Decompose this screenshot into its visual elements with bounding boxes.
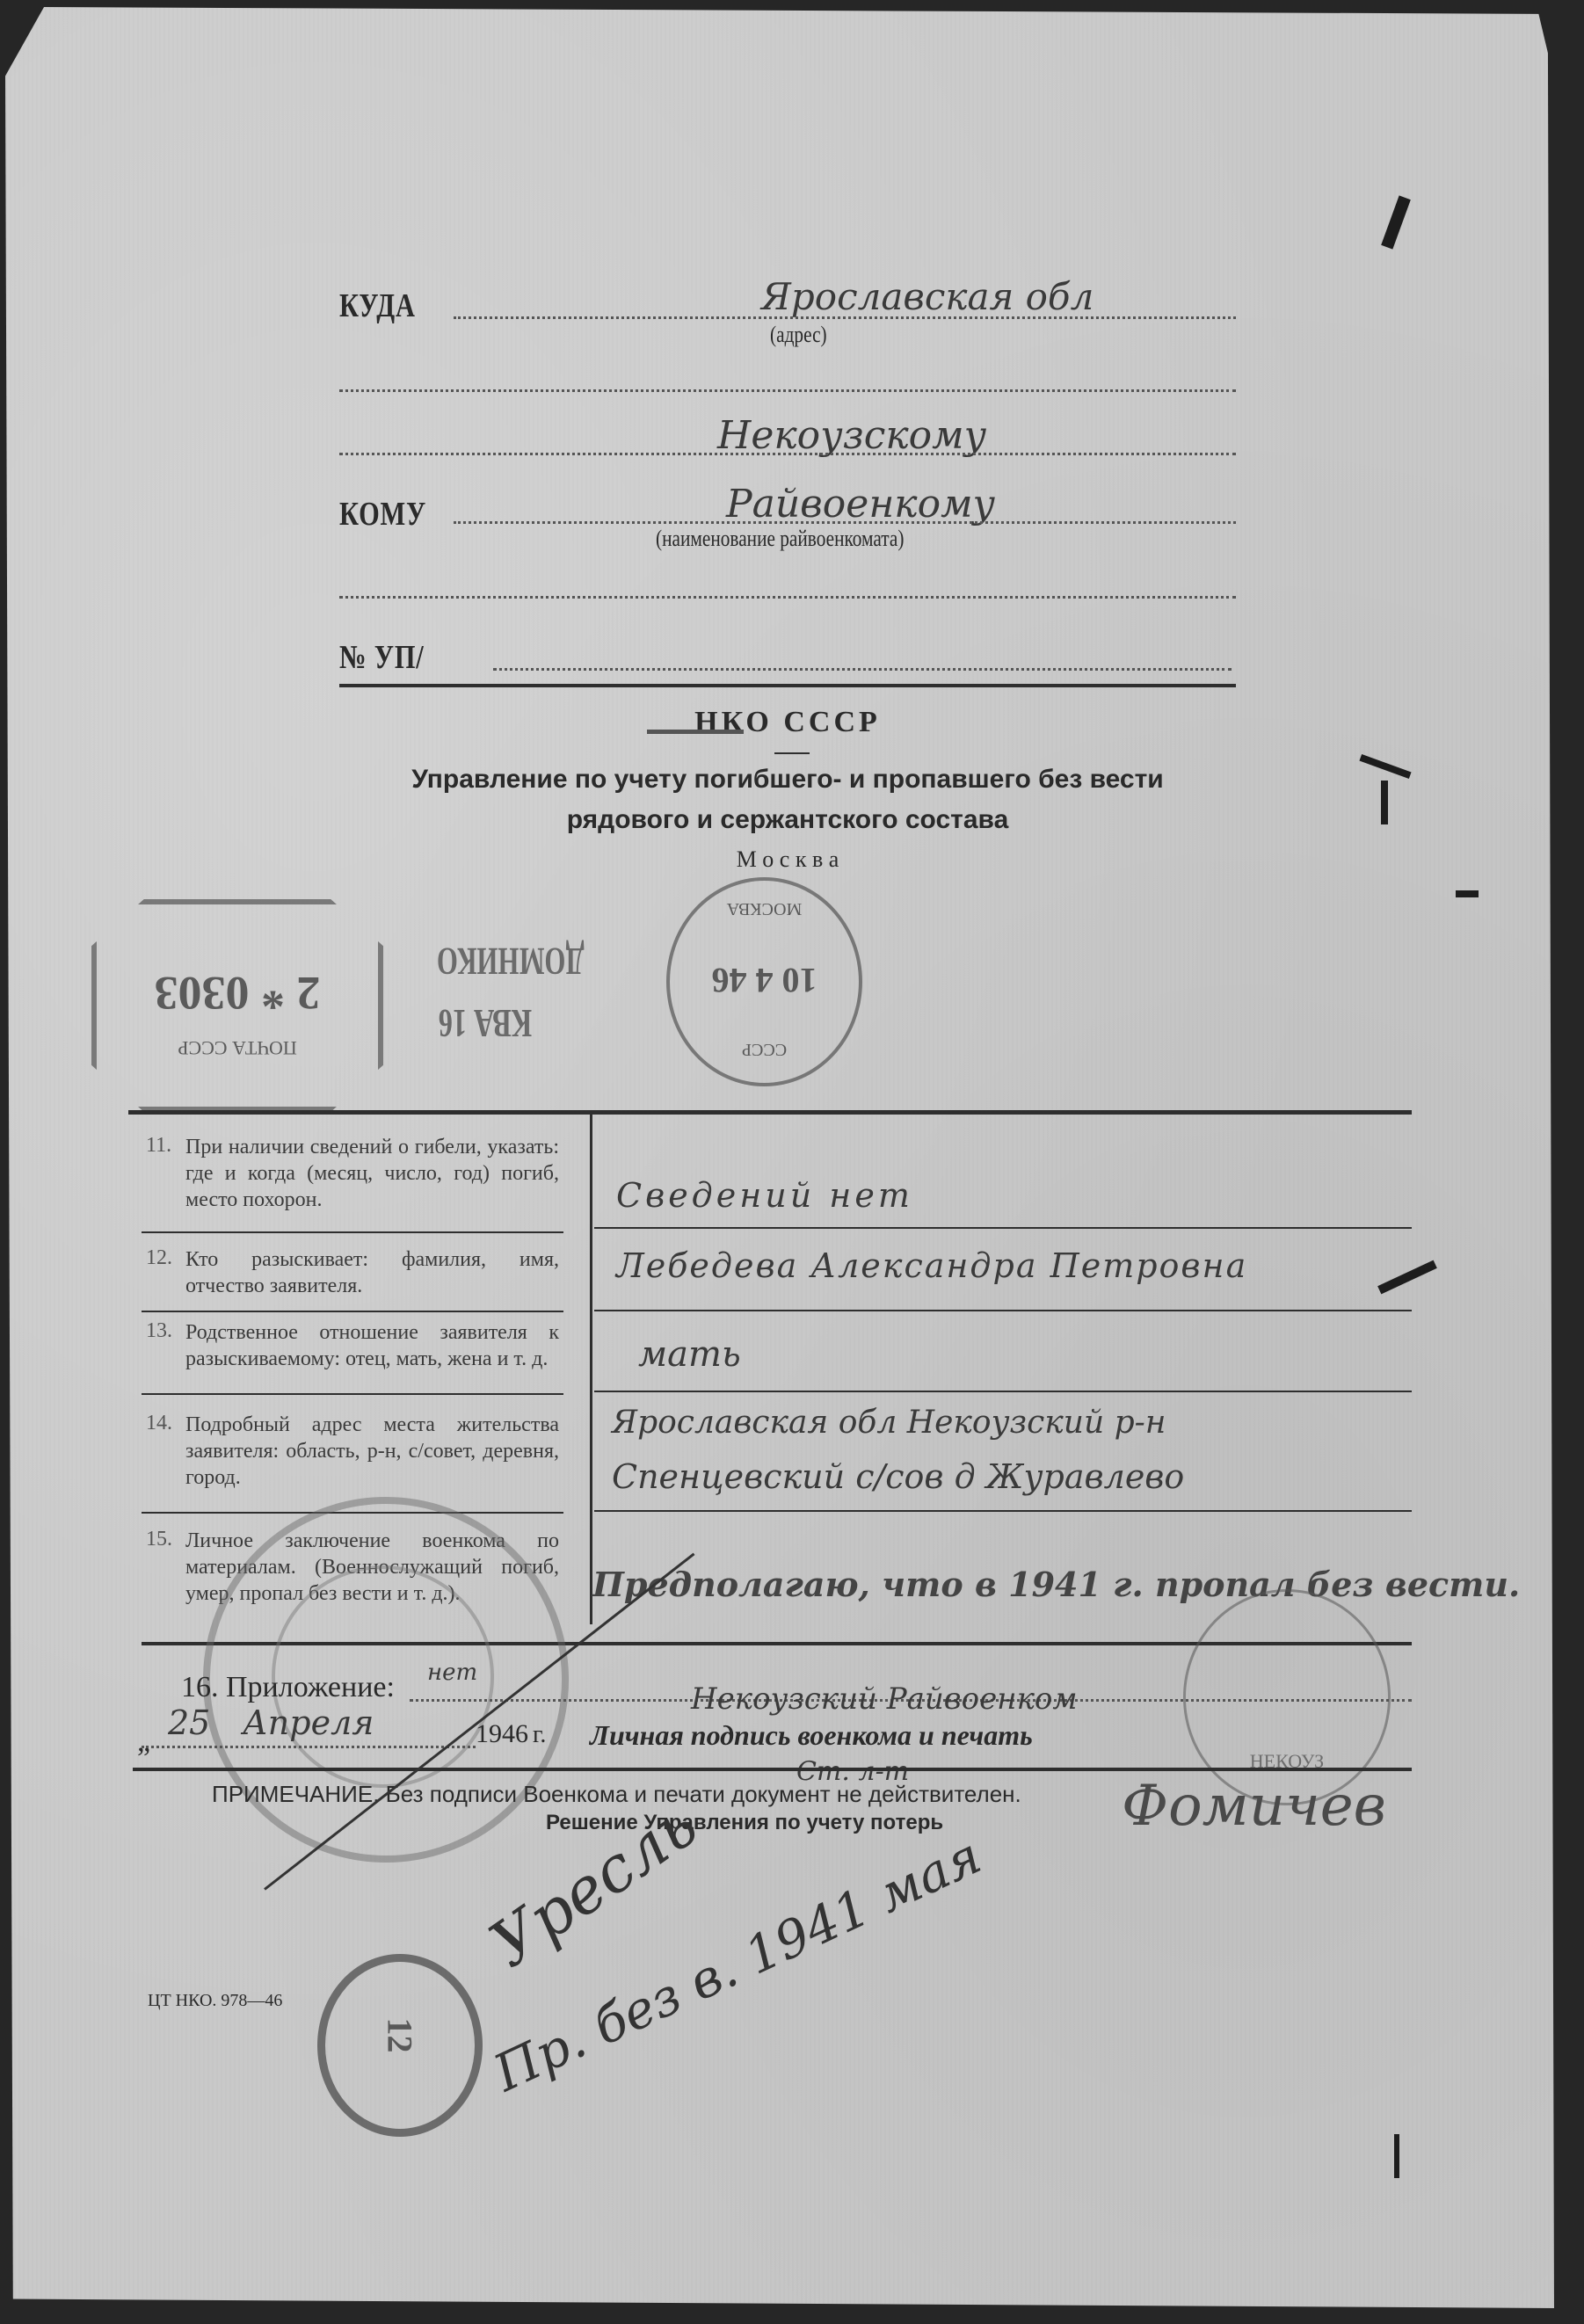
komu-line-1 — [339, 453, 1236, 455]
komu-line-3 — [339, 596, 1236, 599]
form-row-11-value: Сведений нет — [616, 1176, 913, 1215]
form-row-11-label: 11. При наличии сведений о гибели, указа… — [146, 1134, 559, 1213]
octagon-bottom-text: ПОЧТА СССР — [97, 1036, 378, 1059]
paper-tear — [1394, 2134, 1399, 2178]
komu-caption: (наименование райвоенкомата) — [656, 526, 904, 552]
up-number-label: № УП/ — [339, 638, 425, 677]
small-seal-number: 12 — [380, 1961, 421, 2110]
title-city: М о с к в а — [339, 846, 1236, 873]
validity-note: ПРИМЕЧАНИЕ. Без подписи Военкома и печат… — [212, 1781, 1021, 1808]
strike-line — [647, 730, 744, 734]
kuda-value: Ярославская обл — [761, 275, 1094, 318]
paper-tear — [1381, 781, 1388, 824]
stamp-text-1: ДОМНИКО — [437, 939, 585, 984]
paper-tear — [1359, 754, 1411, 779]
header-divider — [339, 684, 1236, 687]
form-row-14-value-line2: Спенцевский с/сов д Журавлево — [612, 1457, 1184, 1496]
date-year: 1946 — [476, 1719, 528, 1749]
postmark-date: 10 4 46 — [670, 960, 859, 1001]
paper-tear — [1456, 890, 1479, 897]
org-title: НКО СССР — [339, 706, 1236, 739]
title-line-2: рядового и сержантского состава — [339, 805, 1236, 835]
postmark-top: МОСКВА — [670, 898, 859, 919]
row-divider-11-left — [142, 1231, 563, 1233]
address-line-2 — [339, 389, 1236, 392]
postmark-bottom: СССР — [670, 1039, 859, 1059]
komu-line-2 — [454, 521, 1236, 524]
paper-tear — [1377, 1260, 1437, 1295]
form-row-15-value: Предполагаю, что в 1941 г. пропал без ве… — [592, 1565, 1520, 1604]
komu-value-line1: Некоузскому — [717, 413, 986, 458]
moscow-postmark: 10 4 46 СССР МОСКВА — [666, 877, 862, 1086]
row-divider-13-right — [594, 1391, 1412, 1392]
row-divider-14-right — [594, 1510, 1412, 1512]
row-divider-13-left — [142, 1393, 563, 1395]
date-month: Апреля — [243, 1703, 374, 1742]
form-code: ЦТ НКО. 978—46 — [148, 1991, 282, 2011]
up-number-line — [493, 668, 1232, 671]
form-row-14-value-line1: Ярославская обл Некоузский р-н — [612, 1405, 1166, 1441]
kuda-label: КУДА — [339, 287, 416, 325]
komu-value: Райвоенкому — [726, 482, 995, 527]
row-divider-12-right — [594, 1310, 1412, 1311]
form-row-13-value: мать — [638, 1334, 741, 1375]
small-round-seal: 12 — [317, 1954, 483, 2137]
paper-tear — [1381, 195, 1411, 249]
octagon-number: 2 * 0303 — [97, 966, 378, 1020]
form-row-14-label: 14. Подробный адрес места жительства зая… — [146, 1412, 559, 1491]
table-top-border — [128, 1110, 1412, 1115]
signer-organization: Некоузский Райвоенком — [691, 1681, 1078, 1717]
table-column-divider — [590, 1110, 592, 1624]
org-country: СССР — [783, 706, 880, 738]
date-suffix: г. — [533, 1721, 546, 1749]
komu-label: КОМУ — [339, 495, 426, 534]
title-rule — [774, 752, 810, 754]
form-row-12-label: 12. Кто разыскивает: фамилия, имя, отчес… — [146, 1246, 559, 1299]
title-line-1: Управление по учету погибшего- и пропавш… — [339, 765, 1236, 795]
row-divider-11-right — [594, 1227, 1412, 1229]
appendix-label: 16. Приложение: — [181, 1671, 395, 1704]
footer-divider — [133, 1768, 1412, 1771]
document-sheet: КУДА Ярославская обл (адрес) Некоузскому… — [5, 7, 1554, 2308]
date-day: 25 — [168, 1703, 210, 1742]
row-divider-12-left — [142, 1311, 563, 1312]
form-row-12-value: Лебедева Александра Петровна — [616, 1246, 1247, 1285]
date-open-quote: „ — [137, 1725, 150, 1759]
signature-caption: Личная подпись военкома и печать — [590, 1719, 1033, 1752]
date-line — [142, 1746, 476, 1748]
octagon-postal-stamp: 2 * 0303 ПОЧТА СССР — [91, 899, 383, 1112]
commissar-signature: Фомичев — [1122, 1774, 1386, 1839]
stamp-text-2: КВА 16 — [439, 1000, 532, 1047]
form-row-13-label: 13. Родственное отношение заявителя к ра… — [146, 1319, 559, 1372]
appendix-value: нет — [427, 1659, 477, 1686]
kuda-caption: (адрес) — [770, 322, 827, 348]
